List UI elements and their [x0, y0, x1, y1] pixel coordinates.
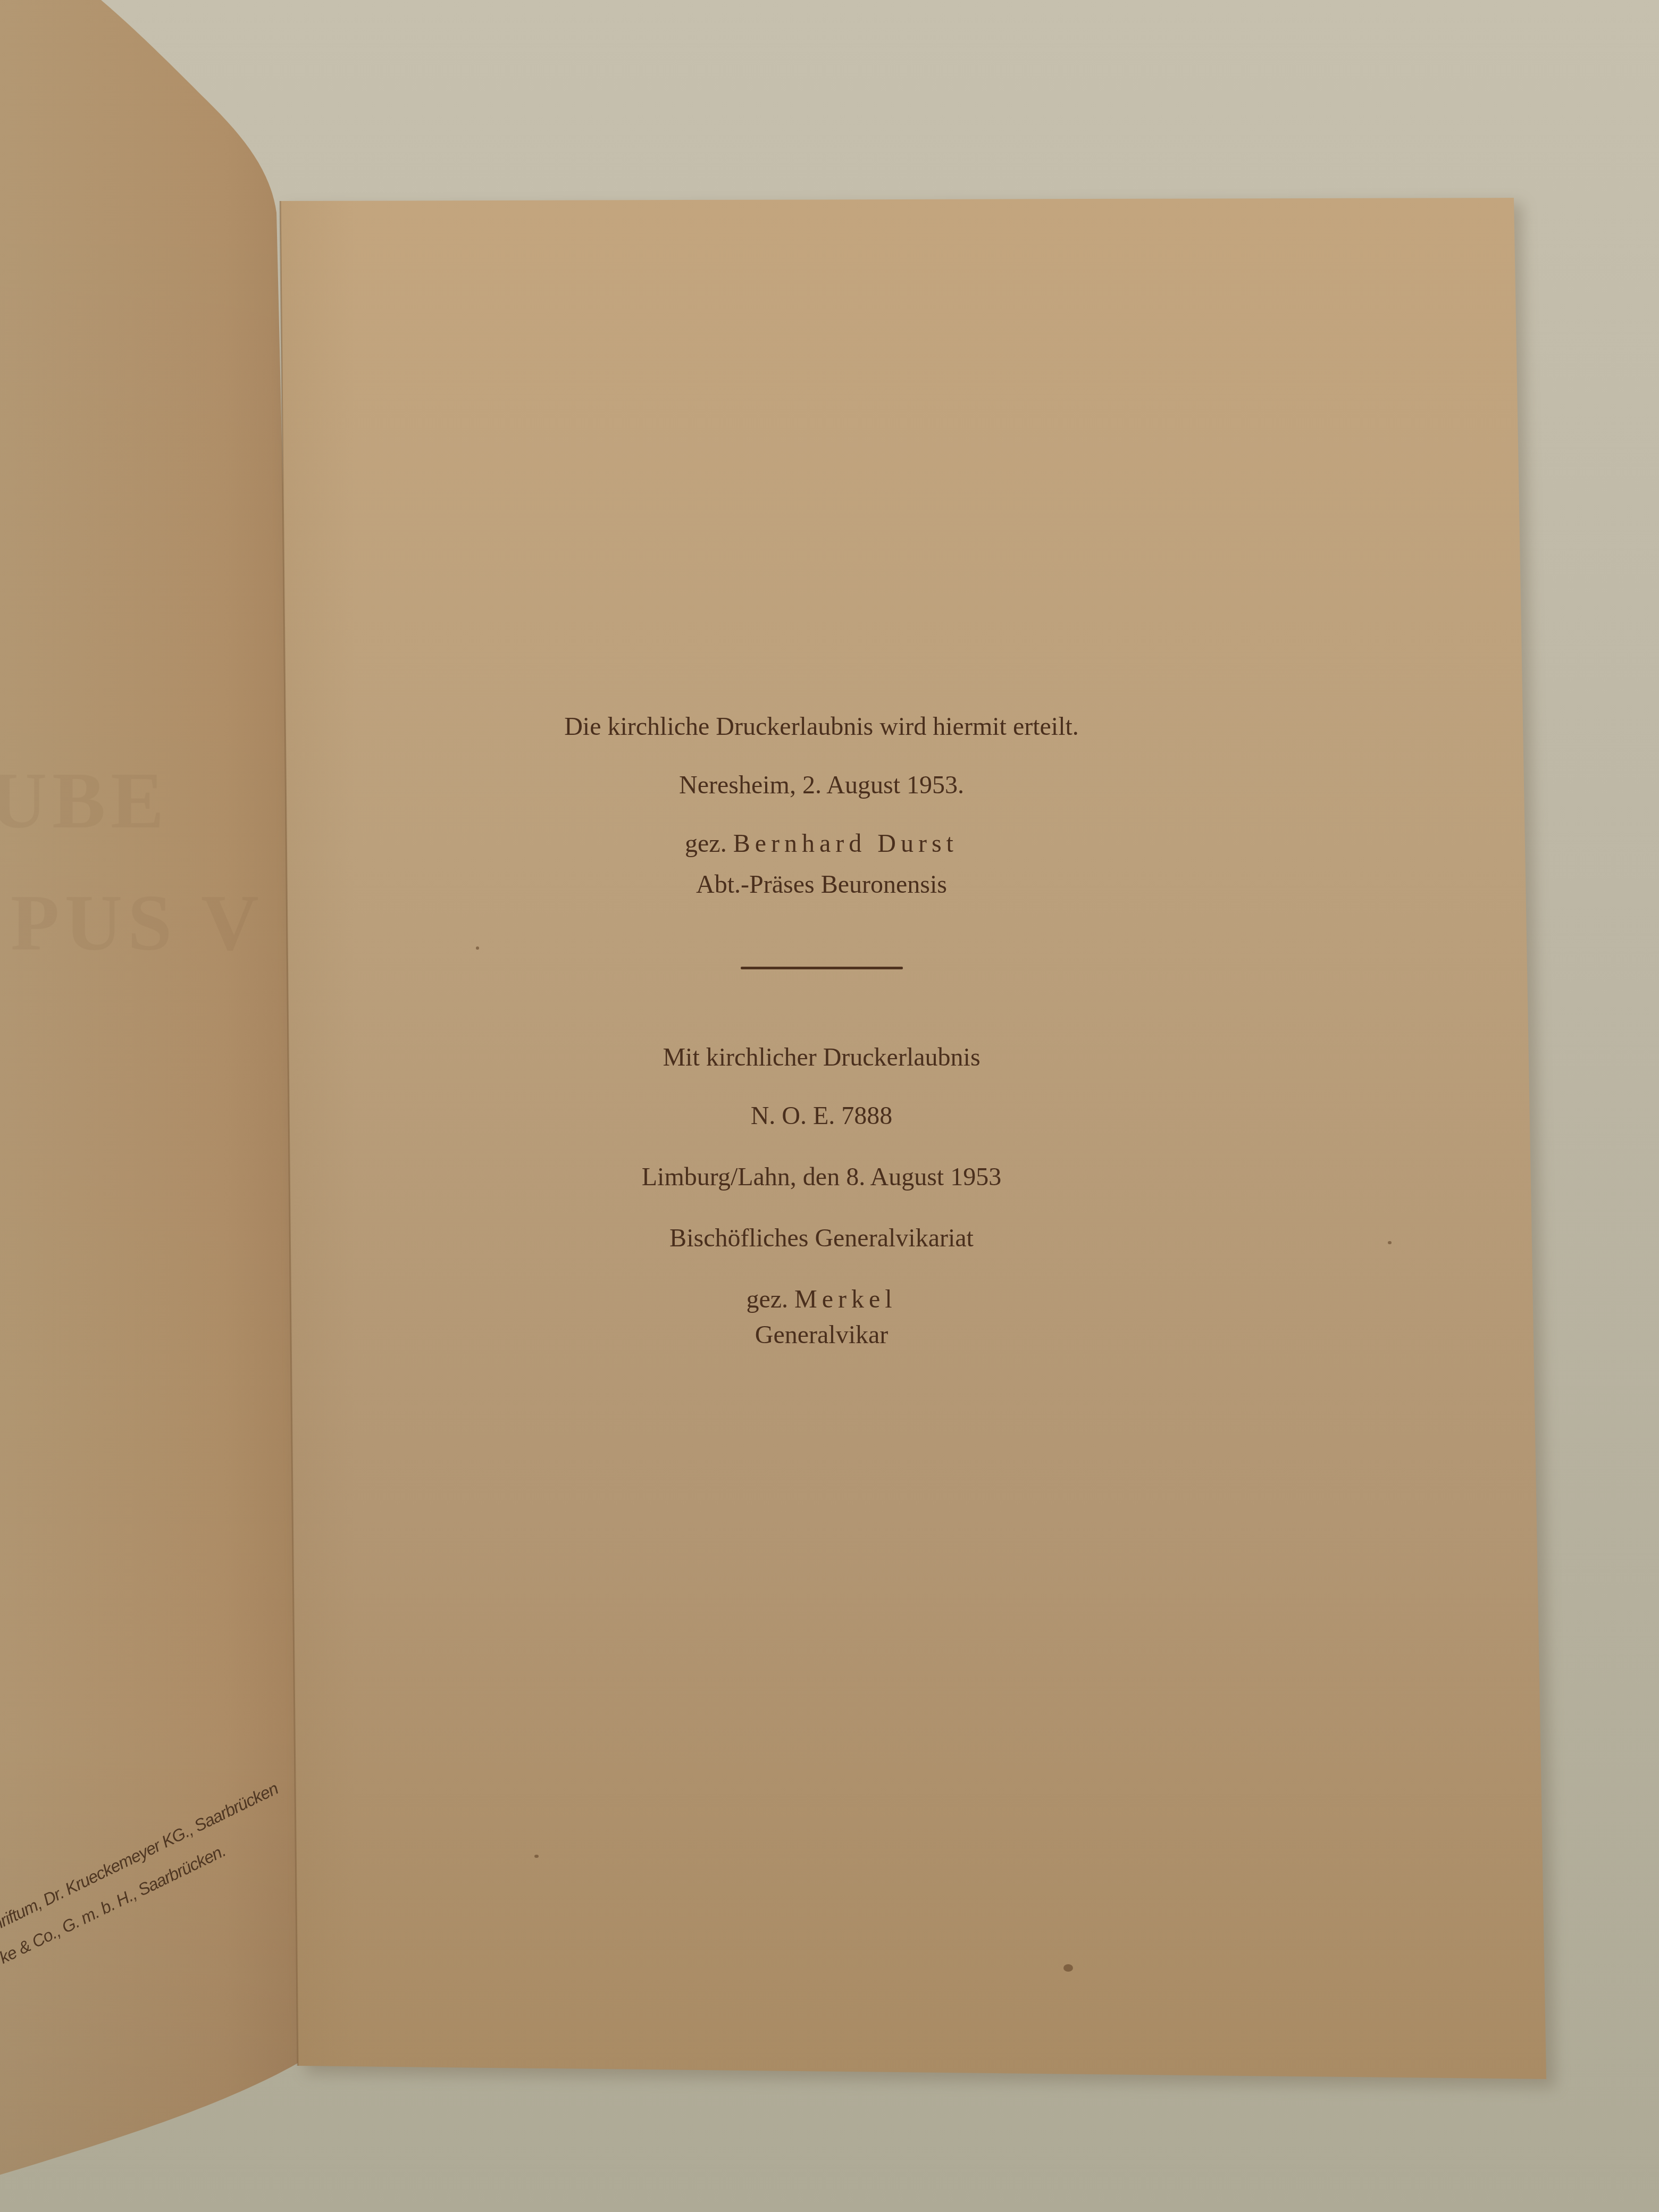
photo-scene: UBE PUS V chriftum, Dr. Krueckemeyer KG.…	[0, 0, 1659, 2212]
approval-signature: gez. Bernhard Durst	[0, 831, 1643, 857]
approval-place-date: Limburg/Lahn, den 8. August 1953	[0, 1164, 1643, 1190]
approval-statement: Mit kirchlicher Druckerlaubnis	[0, 1045, 1643, 1070]
approval-office: Bischöfliches Generalvikariat	[0, 1226, 1643, 1251]
signatory-name: Merkel	[794, 1285, 897, 1313]
approval-signature: gez. Merkel	[0, 1287, 1643, 1312]
signature-prefix: gez.	[685, 829, 727, 858]
signatory-title: Abt.-Präses Beuronensis	[0, 872, 1643, 898]
section-divider	[741, 967, 903, 969]
signature-prefix: gez.	[746, 1285, 788, 1313]
approval-statement: Die kirchliche Druckerlaubnis wird hierm…	[0, 714, 1643, 740]
paper-speck	[476, 946, 479, 950]
right-page: Die kirchliche Druckerlaubnis wird hierm…	[0, 0, 1659, 2212]
approval-reference-number: N. O. E. 7888	[0, 1103, 1643, 1129]
signatory-title: Generalvikar	[0, 1322, 1643, 1348]
paper-speck	[534, 1855, 539, 1858]
signatory-name: Bernhard Durst	[733, 829, 958, 858]
approval-place-date: Neresheim, 2. August 1953.	[0, 773, 1643, 798]
paper-speck	[1063, 1964, 1073, 1972]
